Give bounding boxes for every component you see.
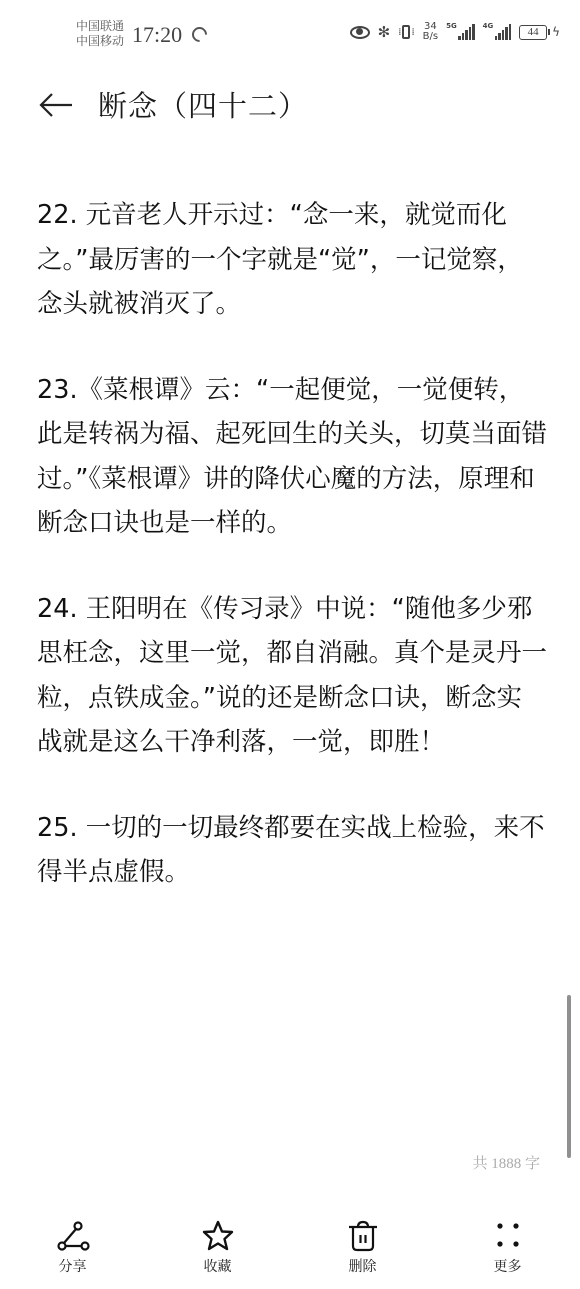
note-content[interactable]: 22. 元音老人开示过：“念一来，就觉而化之。”最厉害的一个字就是“觉”，一记觉… (37, 193, 547, 936)
paragraph-24: 24. 王阳明在《传习录》中说：“随他多少邪思枉念，这里一觉，都自消融。真个是灵… (37, 587, 547, 765)
more-button[interactable]: 更多 (435, 1204, 580, 1289)
carrier-2: 中国移动 (76, 34, 124, 49)
signal-5g-label: 5G (446, 22, 457, 30)
status-icons: ✻ ⁞⁞ 34 B/s 5G 4G 44 ϟ (350, 22, 560, 42)
clock: 17:20 (132, 22, 182, 48)
sync-icon (189, 24, 210, 45)
battery-level: 44 (519, 25, 547, 40)
delete-button[interactable]: 删除 (290, 1204, 435, 1289)
trash-icon (345, 1218, 381, 1254)
back-arrow-icon[interactable] (38, 92, 74, 118)
charging-icon: ϟ (552, 25, 560, 39)
vibrate-icon: ⁞⁞ (398, 25, 414, 39)
header: 断念（四十二） (0, 80, 580, 130)
delete-label: 删除 (349, 1256, 377, 1276)
share-label: 分享 (59, 1256, 87, 1276)
network-speed-unit: B/s (423, 32, 438, 42)
eye-comfort-icon (350, 26, 370, 39)
more-icon (490, 1218, 526, 1254)
carrier-info: 中国联通 中国移动 (76, 19, 124, 49)
star-icon (200, 1218, 236, 1254)
paragraph-25: 25. 一切的一切最终都要在实战上检验，来不得半点虚假。 (37, 806, 547, 895)
carrier-1: 中国联通 (76, 19, 124, 34)
share-button[interactable]: 分享 (0, 1204, 145, 1289)
signal-5g-icon: 5G (446, 24, 475, 40)
share-icon (55, 1218, 91, 1254)
favorite-label: 收藏 (204, 1256, 232, 1276)
status-bar: 中国联通 中国移动 17:20 ✻ ⁞⁞ 34 B/s 5G 4G 44 ϟ (0, 0, 580, 70)
bluetooth-icon: ✻ (378, 23, 391, 41)
bottom-toolbar: 分享 收藏 删除 更多 (0, 1204, 580, 1289)
network-speed: 34 B/s (423, 22, 438, 42)
scrollbar[interactable] (567, 995, 571, 1158)
word-count: 共 1888 字 (472, 1152, 540, 1173)
battery-icon: 44 ϟ (519, 25, 560, 40)
favorite-button[interactable]: 收藏 (145, 1204, 290, 1289)
paragraph-22: 22. 元音老人开示过：“念一来，就觉而化之。”最厉害的一个字就是“觉”，一记觉… (37, 193, 547, 327)
signal-4g-label: 4G (483, 22, 494, 30)
more-label: 更多 (494, 1256, 522, 1276)
page-title: 断念（四十二） (98, 84, 308, 125)
paragraph-23: 23.《菜根谭》云：“一起便觉，一觉便转，此是转祸为福、起死回生的关头，切莫当面… (37, 368, 547, 546)
signal-4g-icon: 4G (483, 24, 512, 40)
